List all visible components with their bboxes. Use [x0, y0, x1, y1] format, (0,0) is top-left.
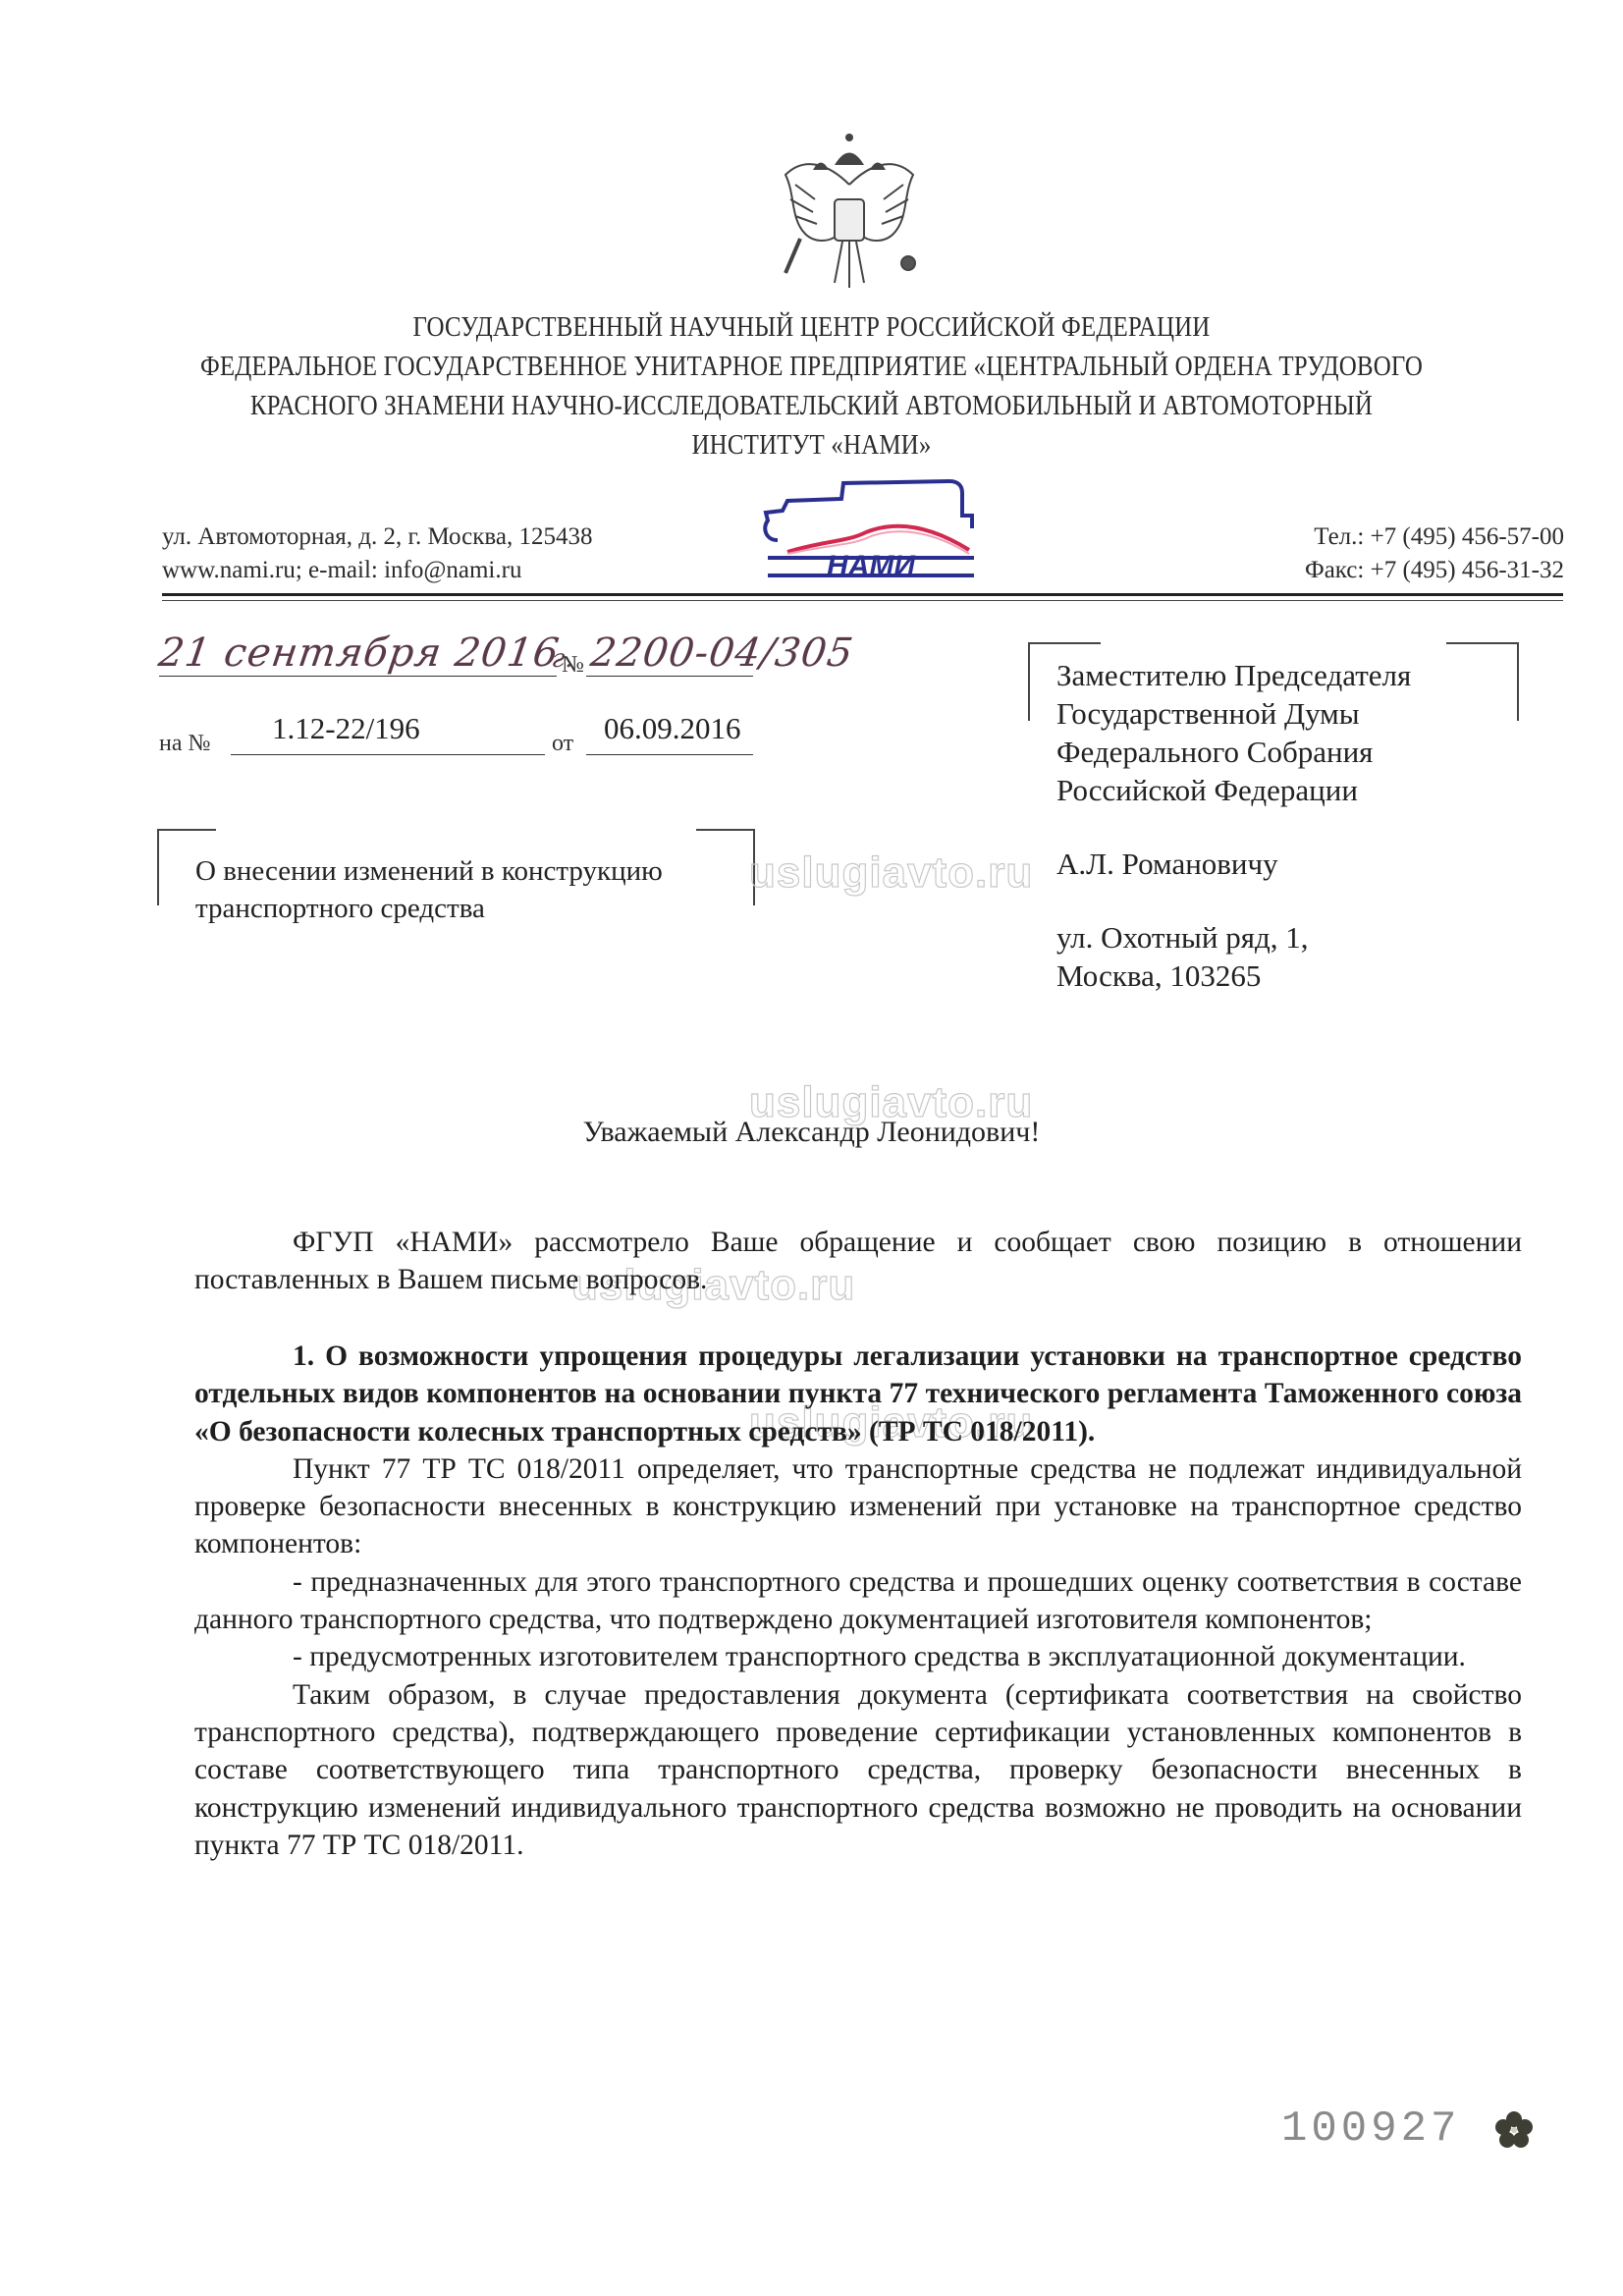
logo-text: НАМИ	[827, 550, 916, 581]
org-name-line-1: ГОСУДАРСТВЕННЫЙ НАУЧНЫЙ ЦЕНТР РОССИЙСКОЙ…	[114, 307, 1510, 347]
outgoing-number-field: 2200-04/305	[586, 640, 753, 677]
reference-date-field: 06.09.2016	[586, 717, 753, 755]
recipient-name: А.Л. Романовичу	[1056, 845, 1411, 883]
phone: Тел.: +7 (495) 456-57-00	[1305, 520, 1564, 554]
watermark: uslugiavto.ru	[749, 848, 1033, 898]
recipient-bracket-right	[1446, 642, 1519, 721]
subject-line-2: транспортного средства	[195, 890, 663, 927]
letter-subject: О внесении изменений в конструкцию транс…	[195, 852, 663, 927]
outgoing-date-field: 21 сентября 2016 г.	[159, 640, 557, 677]
recipient-address-1: ул. Охотный ряд, 1,	[1056, 918, 1411, 957]
reference-number: 1.12-22/196	[272, 711, 420, 746]
section-1-heading: 1. О возможности упрощения процедуры лег…	[194, 1338, 1522, 1450]
greeting: Уважаемый Александр Леонидович!	[0, 1116, 1623, 1149]
org-name-line-2: ФЕДЕРАЛЬНОЕ ГОСУДАРСТВЕННОЕ УНИТАРНОЕ ПР…	[114, 347, 1510, 386]
postal-address: ул. Автомоторная, д. 2, г. Москва, 12543…	[162, 520, 593, 554]
recipient-address-2: Москва, 103265	[1056, 957, 1411, 995]
recipient-title-4: Российской Федерации	[1056, 771, 1411, 809]
org-name-line-4: ИНСТИТУТ «НАМИ»	[114, 425, 1510, 465]
org-name-line-3: КРАСНОГО ЗНАМЕНИ НАУЧНО-ИССЛЕДОВАТЕЛЬСКИ…	[114, 386, 1510, 425]
letter-body-section-1: 1. О возможности упрощения процедуры лег…	[194, 1338, 1522, 1864]
outgoing-number-handwritten: 2200-04/305	[588, 630, 857, 676]
nami-logo: НАМИ	[748, 471, 984, 581]
reference-date: 06.09.2016	[604, 711, 741, 746]
intro-paragraph: ФГУП «НАМИ» рассмотрело Ваше обращение и…	[194, 1224, 1522, 1299]
reference-prefix: на №	[159, 731, 210, 757]
recipient-title-1: Заместителю Председателя	[1056, 656, 1411, 694]
paragraph-2: Таким образом, в случае предоставления д…	[194, 1676, 1522, 1864]
letterhead-contacts: Тел.: +7 (495) 456-57-00 Факс: +7 (495) …	[1305, 520, 1564, 587]
clover-icon	[1492, 2108, 1536, 2152]
bullet-1: - предназначенных для этого транспортног…	[194, 1563, 1522, 1639]
letter-body-intro: ФГУП «НАМИ» рассмотрело Ваше обращение и…	[194, 1224, 1522, 1299]
header-divider	[162, 593, 1563, 596]
bullet-2: - предусмотренных изготовителем транспор…	[194, 1638, 1522, 1675]
recipient-title-2: Государственной Думы	[1056, 694, 1411, 733]
subject-line-1: О внесении изменений в конструкцию	[195, 852, 663, 890]
outgoing-date-handwritten: 21 сентября 2016	[156, 630, 563, 676]
reference-from-label: от	[552, 731, 573, 757]
outgoing-number-label: №	[562, 652, 584, 679]
serial-number: 100927	[1281, 2105, 1460, 2154]
recipient-block: Заместителю Председателя Государственной…	[1056, 656, 1411, 995]
letterhead-address: ул. Автомоторная, д. 2, г. Москва, 12543…	[162, 520, 593, 587]
coat-of-arms-icon	[776, 126, 923, 298]
paragraph-1: Пункт 77 ТР ТС 018/2011 определяет, что …	[194, 1450, 1522, 1563]
header-divider-thin	[162, 600, 1563, 601]
subject-bracket-right	[696, 829, 755, 905]
recipient-title-3: Федерального Собрания	[1056, 733, 1411, 771]
reference-number-field: 1.12-22/196	[231, 717, 545, 755]
web-email: www.nami.ru; e-mail: info@nami.ru	[162, 554, 593, 587]
fax: Факс: +7 (495) 456-31-32	[1305, 554, 1564, 587]
